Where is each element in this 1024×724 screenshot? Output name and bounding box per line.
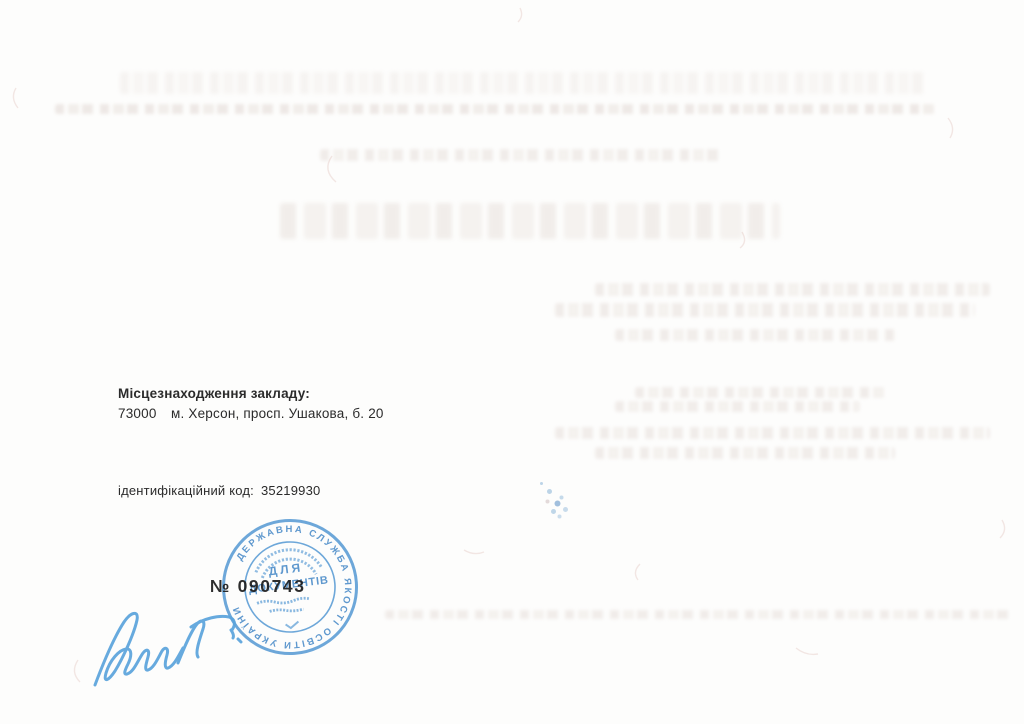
signature [88,603,243,693]
scanned-document-page: Місцезнаходження закладу: 73000 м. Херсо… [0,0,1024,724]
registration-number: № 090743 [210,576,306,597]
